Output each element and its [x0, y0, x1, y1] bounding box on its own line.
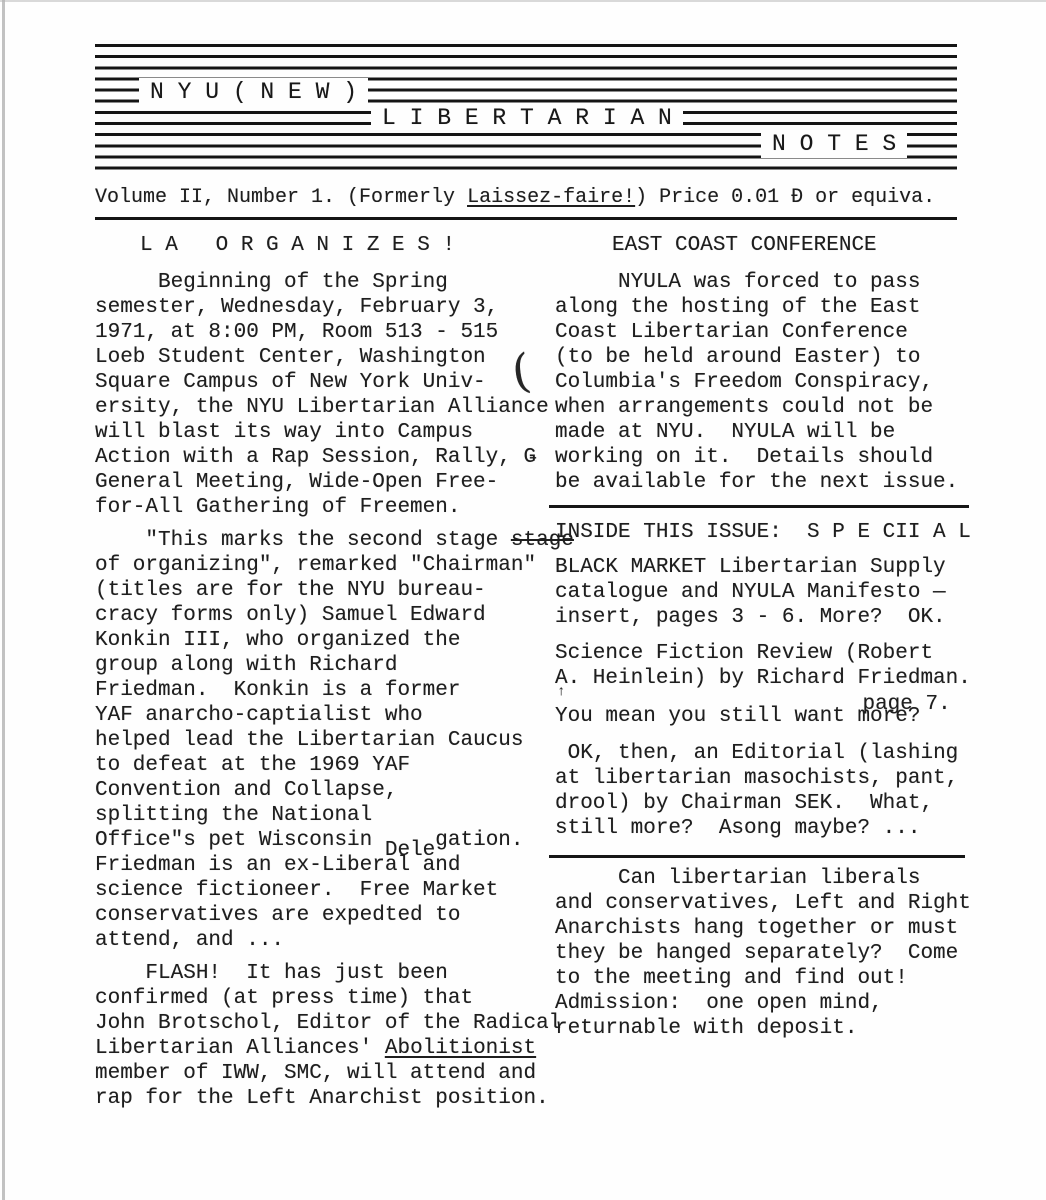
volume-line: Volume II, Number 1. (Formerly Laissez-f…: [95, 186, 995, 210]
stray-caret-mark: ↑: [557, 684, 565, 700]
section-divider-rule-1: [549, 505, 969, 508]
volume-line-post: ) Price 0.01 Đ or equiva.: [635, 186, 935, 209]
volume-line-pre: Volume II, Number 1. (Formerly: [95, 186, 467, 209]
abolitionist-underlined: Abolitionist: [385, 1037, 536, 1060]
section-divider-rule-2: [549, 855, 965, 858]
former-name-underlined: Laissez-faire!: [467, 186, 635, 209]
want-more-line: You mean you still want more?page 7.: [555, 704, 985, 729]
newsletter-scan-page: N Y U ( N E W ) L I B E R T A R I A N N …: [0, 0, 1046, 1200]
masthead-title-nyu: N Y U ( N E W ): [139, 78, 368, 106]
la-organizes-paragraph-2: "This marks the second stage stage of or…: [95, 528, 600, 953]
masthead-title-libertarian: L I B E R T A R I A N: [371, 104, 683, 132]
masthead-bottom-rule: [95, 217, 957, 220]
masthead-ruled-lines: N Y U ( N E W ) L I B E R T A R I A N N …: [95, 44, 957, 178]
right-column: EAST COAST CONFERENCE NYULA was forced t…: [555, 230, 985, 1041]
black-market-item: BLACK MARKET Libertarian Supply catalogu…: [555, 555, 985, 630]
masthead-title-notes: N O T E S: [761, 130, 907, 158]
inside-this-issue-line: INSIDE THIS ISSUE: S P E CII A L: [555, 520, 985, 545]
paragraph2-text-a: "This marks the second stage: [95, 529, 511, 552]
flash-paragraph: FLASH! It has just been confirmed (at pr…: [95, 961, 600, 1111]
paragraph2-text-b: of organizing", remarked "Chairman" (tit…: [95, 554, 536, 852]
editorial-item: OK, then, an Editorial (lashing at liber…: [555, 741, 985, 841]
scan-top-edge: [0, 0, 1046, 2]
science-fiction-item: Science Fiction Review (Robert A. Heinle…: [555, 641, 985, 691]
typed-insertion-page-7: page 7.: [862, 693, 950, 716]
east-coast-paragraph: NYULA was forced to pass along the hosti…: [555, 270, 985, 495]
hang-together-paragraph: Can libertarian liberals and conservativ…: [555, 866, 985, 1041]
heading-la-organizes: L A O R G A N I Z E S !: [140, 233, 600, 258]
flash-text-b: member of IWW, SMC, will attend and rap …: [95, 1062, 549, 1110]
typed-insertion-dele: Dele: [385, 839, 435, 862]
heading-east-coast-conference: EAST COAST CONFERENCE: [612, 233, 985, 258]
scan-left-edge: [2, 0, 5, 1200]
